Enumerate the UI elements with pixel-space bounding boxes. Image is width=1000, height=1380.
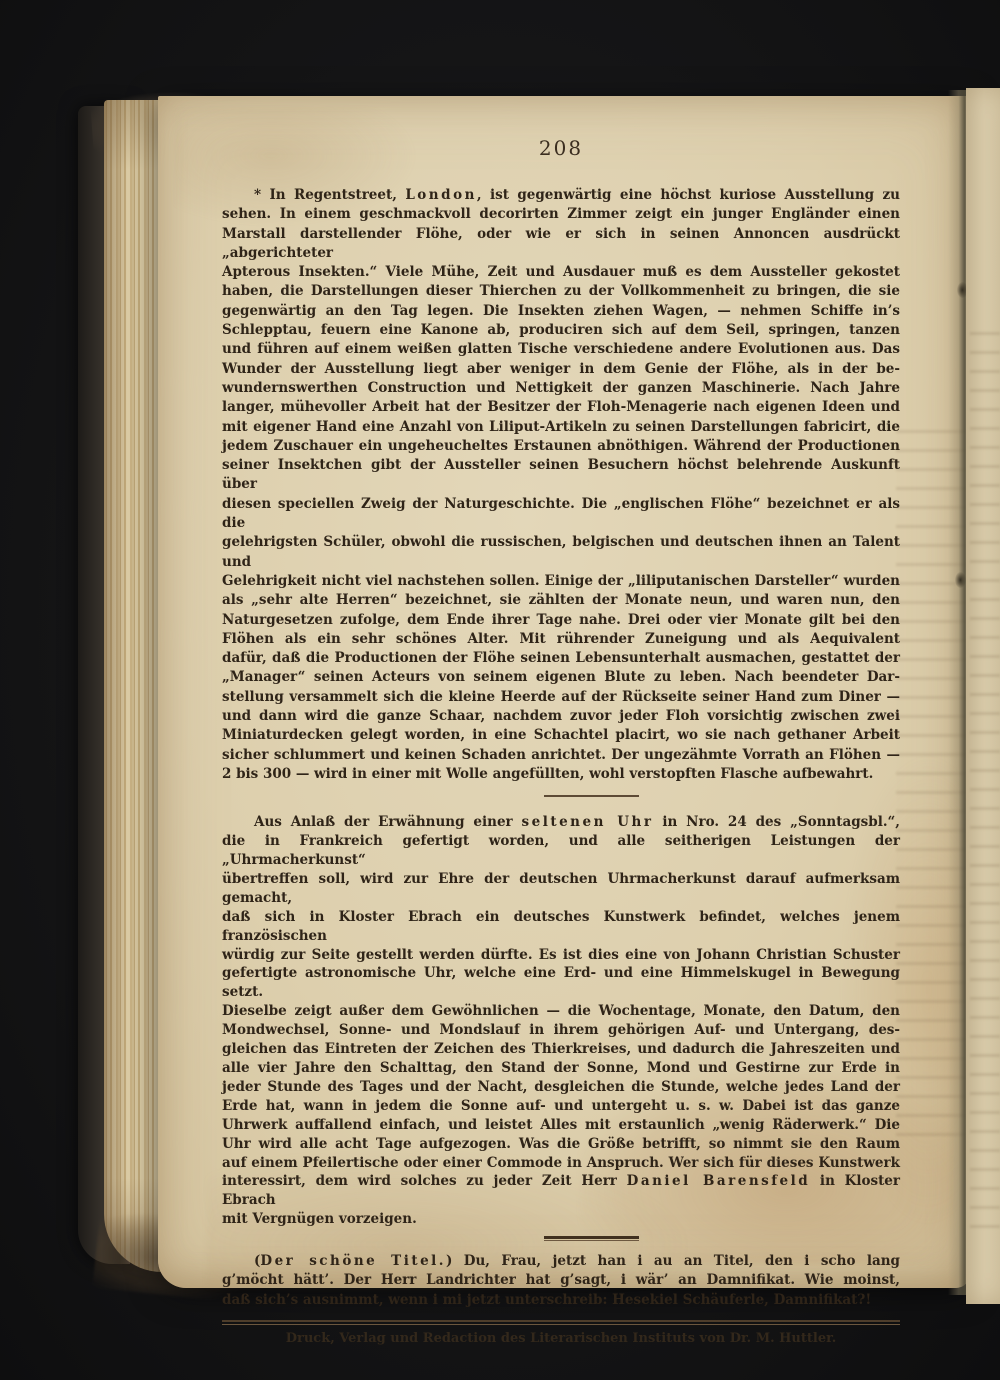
text-line: dafür, daß die Productionen der Flöhe se… (222, 649, 900, 668)
text-line: (Der schöne Titel.) Du, Frau, jetzt han … (222, 1252, 900, 1271)
text-line: langer, mühevoller Arbeit hat der Besitz… (222, 398, 900, 417)
text-line: Uhr wird alle acht Tage aufgezogen. Was … (222, 1135, 900, 1154)
text-line: wundernswerthen Construction und Nettigk… (222, 379, 900, 398)
text-line: haben, die Darstellungen dieser Thierche… (222, 282, 900, 301)
text-line: Marstall darstellender Flöhe, oder wie e… (222, 225, 900, 264)
text-line: und führen auf einem weißen glatten Tisc… (222, 340, 900, 359)
text-line: mit eigener Hand eine Anzahl von Liliput… (222, 418, 900, 437)
footer-rule (222, 1320, 900, 1325)
text-line: Wunder der Ausstellung liegt aber wenige… (222, 360, 900, 379)
text-line: alle vier Jahre den Schalttag, den Stand… (222, 1059, 900, 1078)
imprint-line: Druck, Verlag und Redaction des Literari… (222, 1331, 900, 1346)
letterspaced-text: seltenen Uhr (522, 814, 654, 830)
binding-knot (955, 572, 966, 588)
text-line: die in Frankreich gefertigt worden, und … (222, 832, 900, 870)
printed-content: 208 * In Regentstreet, London, ist gegen… (222, 136, 900, 1346)
section-divider (544, 795, 639, 797)
letterspaced-text: Daniel Barensfeld (627, 1173, 811, 1189)
paragraph-astronomical-clock: Aus Anlaß der Erwähnung einer seltenen U… (222, 813, 900, 1229)
book-page: 208 * In Regentstreet, London, ist gegen… (158, 96, 970, 1288)
text-line: gefertigte astronomische Uhr, welche ein… (222, 964, 900, 1002)
text-line: Dieselbe zeigt außer dem Gewöhnlichen — … (222, 1002, 900, 1021)
text-line: Erde hat, wann in jedem die Sonne auf- u… (222, 1097, 900, 1116)
text-line: als „sehr alte Herren“ bezeichnet, sie z… (222, 591, 900, 610)
text-line: auf einem Pfeilertische oder einer Commo… (222, 1154, 900, 1173)
text-line: Naturgesetzen zufolge, dem Ende ihrer Ta… (222, 611, 900, 630)
text-line: sicher schlummert und keinen Schaden anr… (222, 746, 900, 765)
text-line: jedem Zuschauer ein ungeheucheltes Ersta… (222, 437, 900, 456)
text-line: * In Regentstreet, London, ist gegenwärt… (222, 186, 900, 205)
text-line: mit Vergnügen vorzeigen. (222, 1210, 900, 1229)
text-line: Mondwechsel, Sonne- und Mondslauf in ihr… (222, 1021, 900, 1040)
text-line: Miniaturdecken gelegt worden, in eine Sc… (222, 726, 900, 745)
text-line: Gelehrigkeit nicht viel nachstehen solle… (222, 572, 900, 591)
text-line: Uhrwerk auffallend einfach, und leistet … (222, 1116, 900, 1135)
text-line: würdig zur Seite gestellt werden dürfte.… (222, 946, 900, 965)
text-line: Aus Anlaß der Erwähnung einer seltenen U… (222, 813, 900, 832)
page-number: 208 (222, 136, 900, 160)
text-line: sehen. In einem geschmackvoll decorirten… (222, 205, 900, 224)
text-line: daß sich in Kloster Ebrach ein deutsches… (222, 908, 900, 946)
section-divider (544, 1236, 639, 1241)
text-line: übertreffen soll, wird zur Ehre der deut… (222, 870, 900, 908)
book-photo: 208 * In Regentstreet, London, ist gegen… (0, 0, 1000, 1380)
text-line: Flöhen als ein sehr schönes Alter. Mit r… (222, 630, 900, 649)
text-line: gleichen das Eintreten der Zeichen des T… (222, 1040, 900, 1059)
text-line: diesen speciellen Zweig der Naturgeschic… (222, 495, 900, 534)
next-page-sliver (966, 88, 1000, 1304)
text-line: gelehrigsten Schüler, obwohl die russisc… (222, 533, 900, 572)
paragraph-flea-exhibition: * In Regentstreet, London, ist gegenwärt… (222, 186, 900, 784)
text-line: g’möcht hätt’. Der Herr Landrichter hat … (222, 1271, 900, 1290)
paragraph-der-schoene-titel: (Der schöne Titel.) Du, Frau, jetzt han … (222, 1252, 900, 1310)
text-line: 2 bis 300 — wird in einer mit Wolle ange… (222, 765, 900, 784)
letterspaced-text: London (405, 187, 477, 203)
text-line: Apterous Insekten.“ Viele Mühe, Zeit und… (222, 263, 900, 282)
text-line: gegenwärtig an den Tag legen. Die Insekt… (222, 302, 900, 321)
text-line: seiner Insektchen gibt der Aussteller se… (222, 456, 900, 495)
text-line: „Manager“ seinen Acteurs von seinem eige… (222, 668, 900, 687)
text-line: jeder Stunde des Tages und der Nacht, de… (222, 1078, 900, 1097)
letterspaced-text: Der schöne Titel. (260, 1253, 446, 1269)
text-line: und dann wird die ganze Schaar, nachdem … (222, 707, 900, 726)
text-line: daß sich’s ausnimmt, wenn i mi jetzt unt… (222, 1291, 900, 1310)
show-through-text (970, 328, 1000, 1228)
text-line: stellung versammelt sich die kleine Heer… (222, 688, 900, 707)
text-line: Schlepptau, feuern eine Kanone ab, produ… (222, 321, 900, 340)
text-line: interessirt, dem wird solches zu jeder Z… (222, 1172, 900, 1210)
